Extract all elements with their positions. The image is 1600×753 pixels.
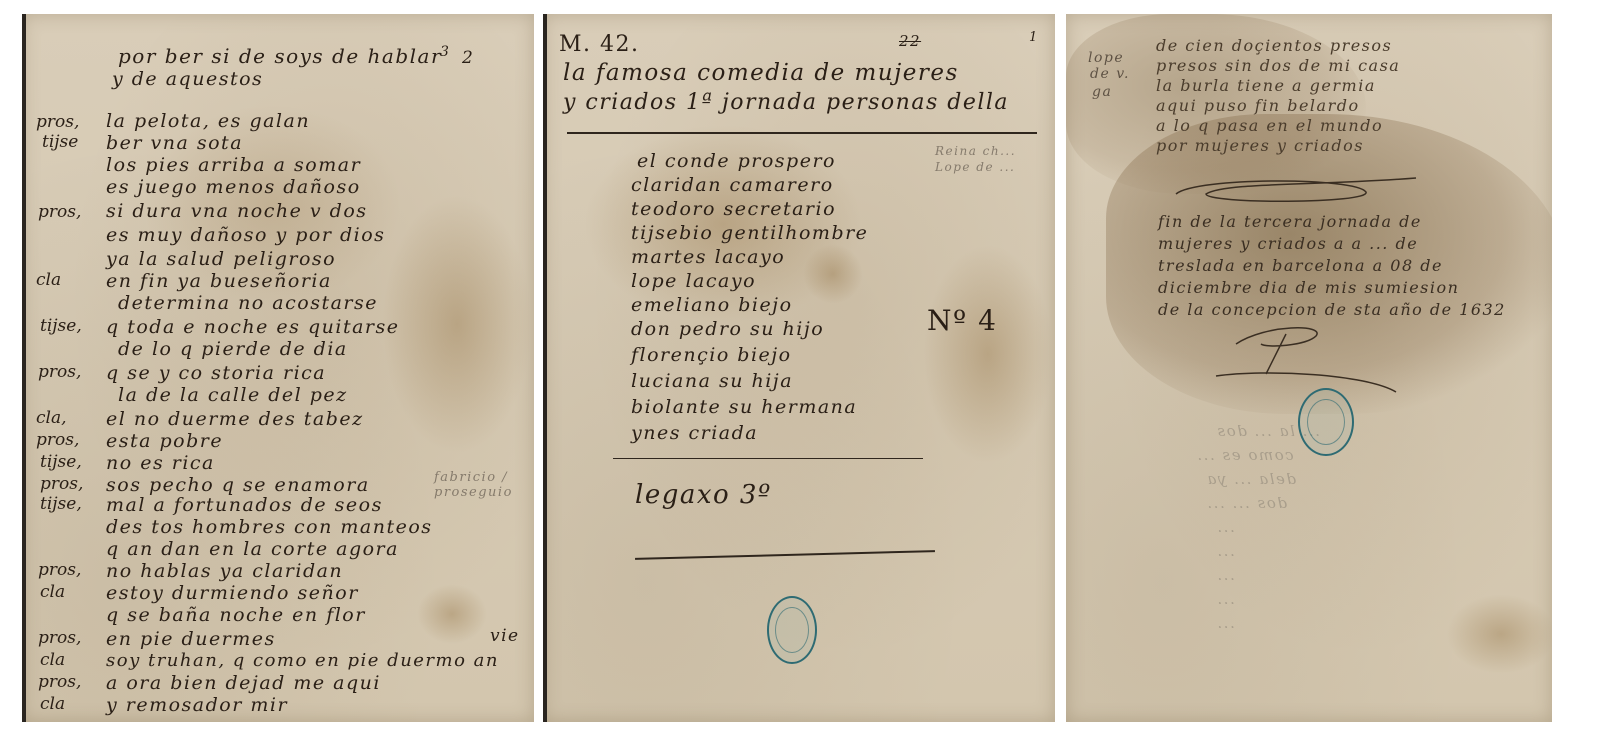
manuscript-page-right: lope de v. ga de cien doçientos presos p… [1066,14,1552,722]
verse-line: mal a fortunados de seos [106,494,383,516]
verse-line: aqui puso fin belardo [1156,96,1360,115]
margin-attribution: de v. [1090,66,1130,82]
speaker-label: pros, [38,672,81,692]
bleed-through-line: ... [1216,614,1235,632]
bleed-through-line: ... [1216,518,1235,536]
margin-attribution: ga [1092,84,1112,100]
verse-line: la pelota, es galan [106,110,310,132]
verse-line: no es rica [106,452,215,474]
title-rule [567,132,1037,134]
verse-line: q se y co storia rica [106,362,326,384]
speaker-label: pros, [40,474,83,494]
cast-list-item: lope lacayo [631,270,756,292]
verse-line: ber vna sota [106,132,243,154]
cast-list-item: teodoro secretario [631,198,836,220]
library-stamp [767,596,817,664]
speaker-label: cla [40,694,65,714]
water-stain [417,584,487,644]
verse-line: el no duerme des tabez [106,408,364,430]
verse-line: la de la calle del pez [118,384,348,406]
speaker-label: tijse [42,132,78,152]
verse-line: no hablas ya claridan [106,560,343,582]
verse-line: por mujeres y criados [1156,136,1364,155]
verse-line: en fin ya bueseñoria [106,270,332,292]
verse-line: q se baña noche en flor [106,604,366,626]
cast-list-item: emeliano biejo [631,294,793,316]
speaker-label: pros, [38,560,81,580]
verse-line: en pie duermes [106,628,276,650]
bleed-through-note: fabricio / proseguio [434,470,514,500]
bleed-through-line: dela ... ya [1206,470,1296,488]
cast-list-item: don pedro su hijo [631,318,824,340]
cast-list-item: tijsebio gentilhombre [631,222,868,244]
water-stain [923,244,1053,464]
verse-line: de lo q pierde de dia [118,338,348,360]
speaker-label: cla, [36,408,67,428]
signature-flourish-icon [1206,314,1406,394]
legajo-rule [635,550,935,560]
verse-line: de cien doçientos presos [1156,36,1392,55]
verse-line: sos pecho q se enamora [106,474,370,496]
verse-line: a lo q pasa en el mundo [1156,116,1383,135]
colophon-line: diciembre dia de mis sumiesion [1158,278,1459,297]
verse-line: la burla tiene a germia [1156,76,1376,95]
title-line: la famosa comedia de mujeres [563,60,959,86]
cast-list-item: biolante su hermana [631,396,857,418]
shelfmark: M. 42. [559,32,640,57]
cast-list-item: martes lacayo [631,246,785,268]
colophon-line: treslada en barcelona a 08 de [1158,256,1443,275]
verse-line: q an dan en la corte agora [106,538,399,560]
bleed-through-line: ... [1216,590,1235,608]
water-stain [1446,594,1552,674]
colophon-line: fin de la tercera jornada de [1158,212,1422,231]
verse-line: y remosador mir [106,694,288,716]
verse-line: presos sin dos de mi casa [1156,56,1400,75]
margin-attribution: lope [1088,50,1124,66]
verse-line: soy truhan, q como en pie duermo an [106,650,499,671]
bleed-through-line: ... [1216,566,1235,584]
speaker-label: pros, [36,430,79,450]
manuscript-page-left: 3 2 pros, tijse pros, cla tijse, pros, c… [22,14,534,722]
verse-line: los pies arriba a somar [106,154,361,176]
speaker-label: tijse, [40,452,82,472]
speaker-label: cla [36,270,61,290]
verse-line: es juego menos dañoso [106,176,361,198]
verse-line: ya la salud peligroso [106,248,336,270]
bleed-through-line: dos ... ... [1206,494,1287,512]
water-stain [803,244,863,304]
verse-line: estoy durmiendo señor [106,582,359,604]
verse-line: determina no acostarse [118,292,378,314]
verse-line: si dura vna noche v dos [106,200,368,222]
library-stamp [1298,388,1354,456]
verse-line: a ora bien dejad me aqui [106,672,381,694]
verse-line: esta pobre [106,430,223,452]
margin-note: vie [490,626,520,646]
speaker-label: tijse, [40,494,82,514]
verse-line: es muy dañoso y por dios [106,224,385,246]
water-stain [382,194,532,454]
side-note: Reina ch... [935,144,1016,158]
cast-list-item: claridan camarero [631,174,834,196]
flourish-icon [1166,172,1426,212]
verse-line: por ber si de soys de hablar [118,44,442,68]
cast-rule [613,458,923,459]
page-edge-shadow [543,14,547,722]
title-line: y criados 1ª jornada personas della [563,90,1009,115]
verse-line: des tos hombres con manteos [106,516,433,538]
colophon-line: mujeres y criados a a ... de [1158,234,1418,253]
cast-list-item: florençio biejo [631,344,792,366]
speaker-label: tijse, [40,316,82,336]
cast-list-item: el conde prospero [637,150,836,172]
speaker-label: pros, [36,112,79,132]
speaker-label: cla [40,582,65,602]
verse-line: y de aquestos [112,68,263,90]
side-note: Lope de ... [935,160,1015,174]
bleed-through-line: ... [1216,542,1235,560]
speaker-label: cla [40,650,65,670]
bleed-through-line: como es ... [1196,446,1294,464]
corner-number: 1 [1029,30,1039,45]
speaker-label: pros, [38,362,81,382]
speaker-label: pros, [38,202,81,222]
number-label: Nº 4 [927,304,997,337]
verse-line: q toda e noche es quitarse [106,316,399,338]
speaker-label: pros, [38,628,81,648]
struck-number: 22 [899,32,921,50]
stamp-emblem-icon [1307,399,1345,446]
manuscript-page-center: M. 42. 22 1 la famosa comedia de mujeres… [543,14,1055,722]
stamp-emblem-icon [775,607,809,654]
cast-list-item: luciana su hija [631,370,793,392]
folio-number: 2 [462,48,473,68]
page-edge-shadow [22,14,26,722]
cast-list-item: ynes criada [631,422,758,444]
legajo-label: legaxo 3º [635,480,772,510]
